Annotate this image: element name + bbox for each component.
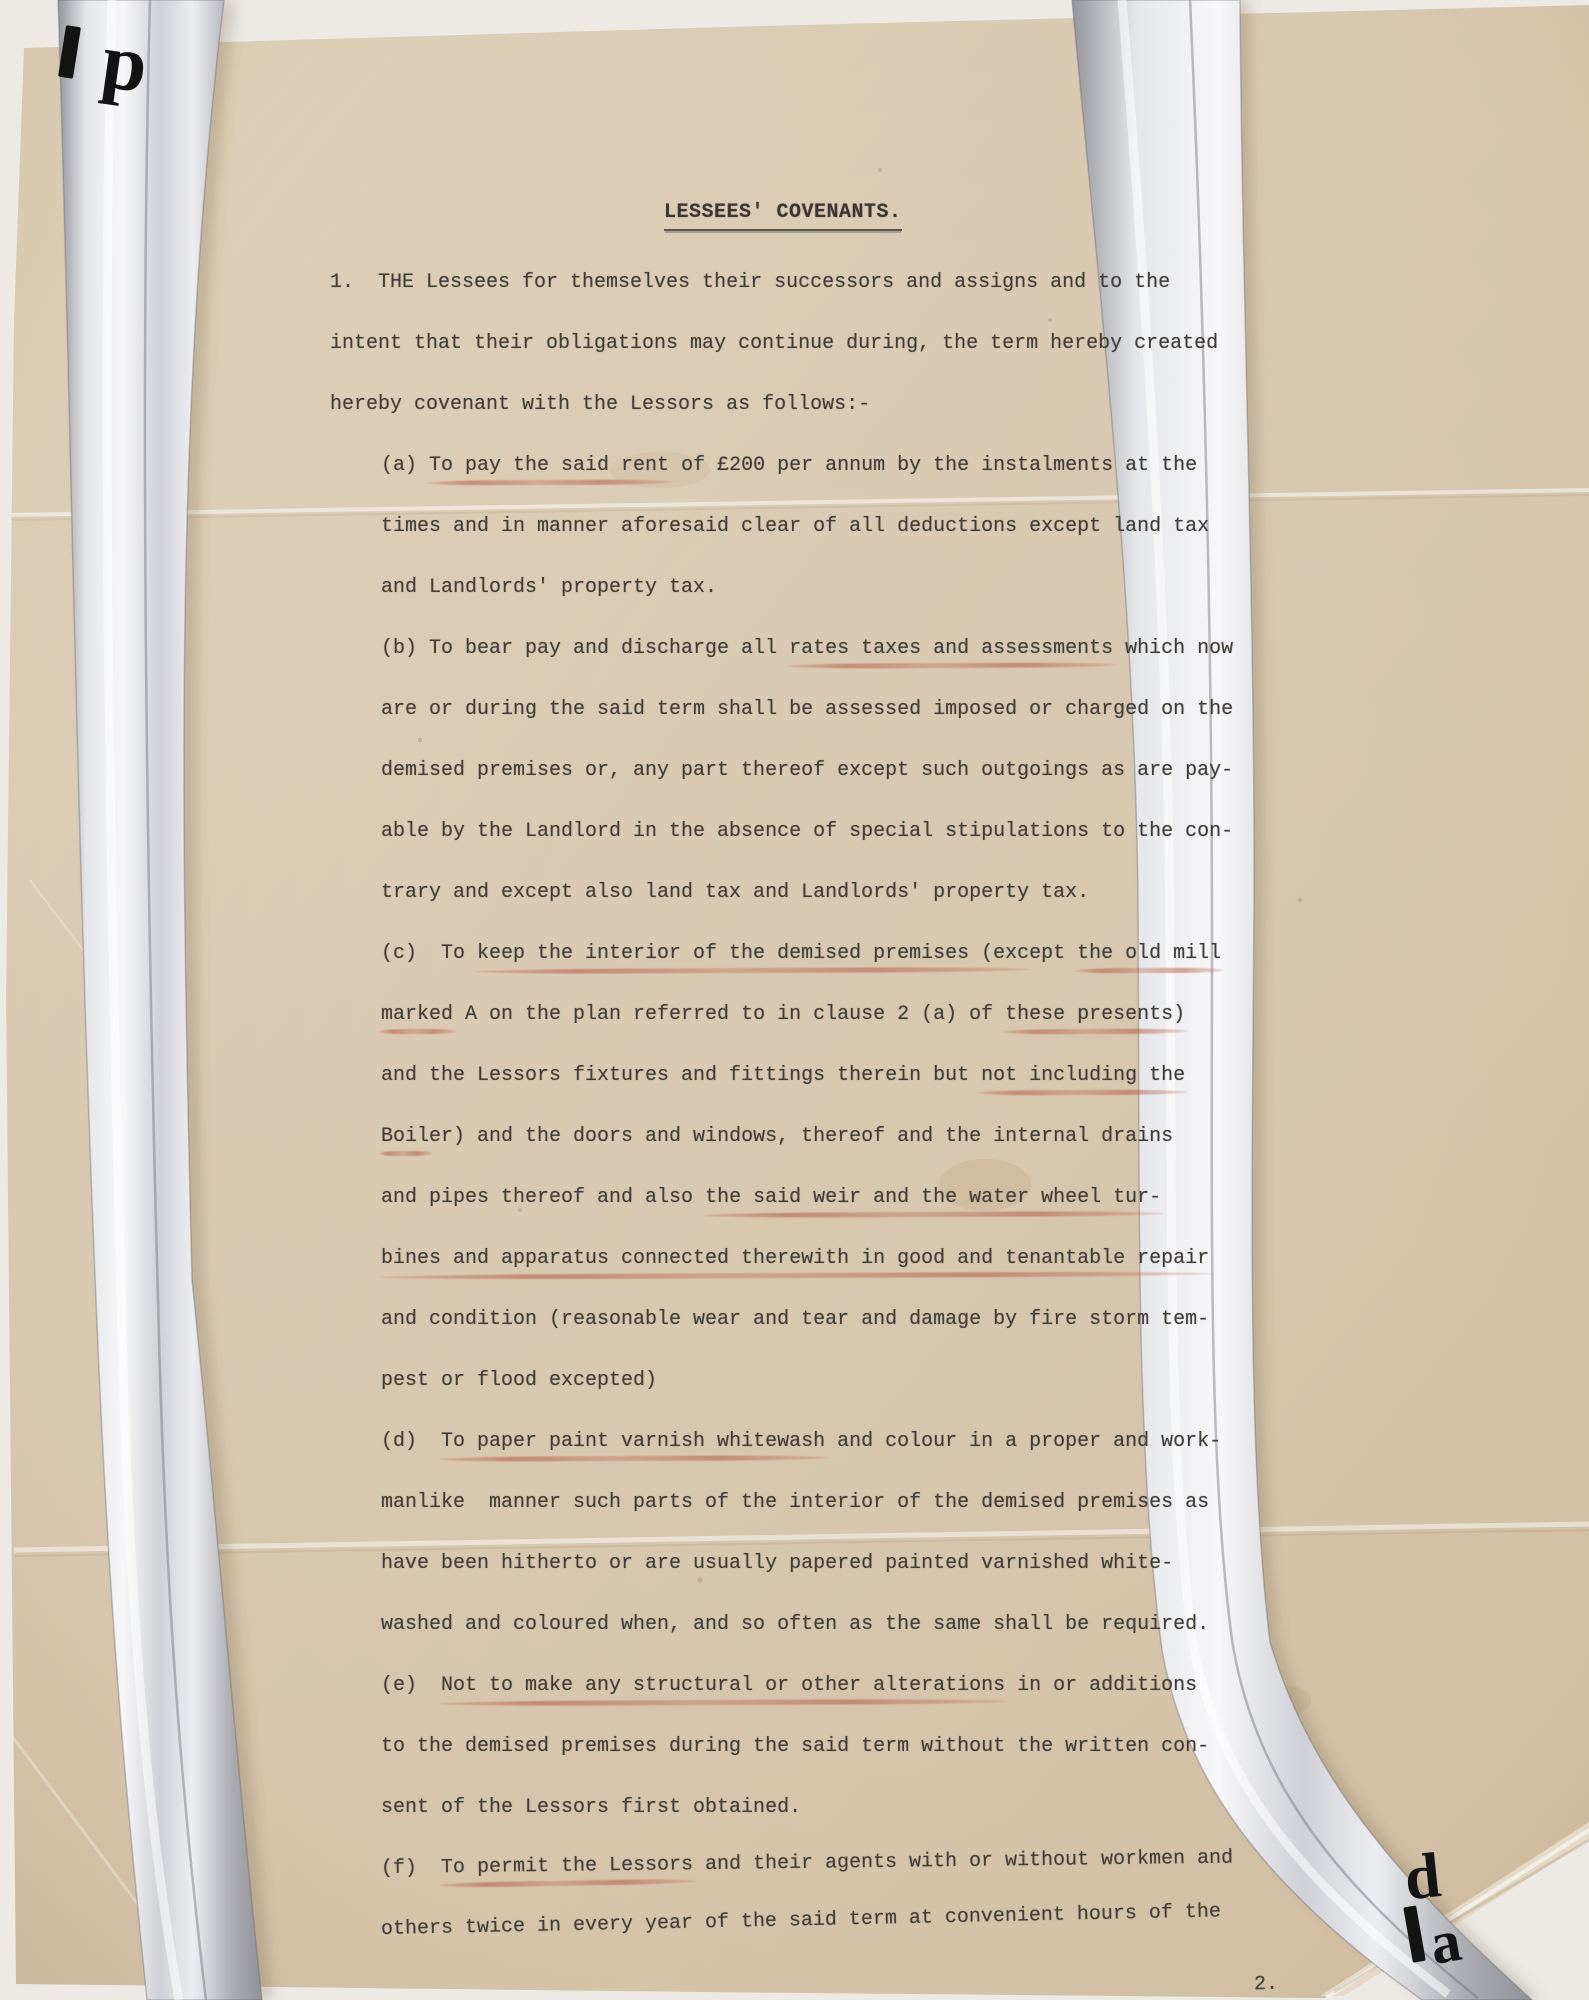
document-line: to the demised premises during the said … (381, 1734, 1209, 1760)
typed-text: A on the plan referred to in clause 2 (a… (453, 1003, 1005, 1026)
speck (1298, 898, 1302, 902)
typed-text: have been hitherto or are usually papere… (381, 1552, 1173, 1575)
document-line: manlike manner such parts of the interio… (381, 1490, 1209, 1516)
document-line: and Landlords' property tax. (381, 575, 717, 601)
typed-text: and colour in a proper and work- (825, 1430, 1221, 1453)
typed-text: (e) (381, 1674, 441, 1697)
speck (878, 168, 882, 172)
typed-text: (c) To (381, 942, 477, 965)
typed-text: er) and the doors and windows, thereof a… (429, 1125, 1173, 1148)
typed-text: able by the Landlord in the absence of s… (381, 820, 1233, 843)
typed-text: 1. THE Lessees for themselves their succ… (330, 271, 1170, 294)
document-line: have been hitherto or are usually papere… (381, 1551, 1173, 1577)
red-underlined-text: not including the (981, 1064, 1185, 1087)
typed-text: to the demised premises during the said … (381, 1735, 1209, 1758)
typed-text: times and in manner aforesaid clear of a… (381, 515, 1209, 538)
document-line: Boiler) and the doors and windows, there… (381, 1124, 1173, 1150)
typed-text: (b) To bear pay and discharge all (381, 637, 789, 660)
red-underlined-text: To pay the said rent (429, 454, 669, 477)
typed-text: and pipes thereof and also (381, 1186, 705, 1209)
document-line: hereby covenant with the Lessors as foll… (330, 392, 870, 418)
typed-text: trary and except also land tax and Landl… (381, 881, 1089, 904)
typed-text: manlike manner such parts of the interio… (381, 1491, 1209, 1514)
typed-text: pest or flood excepted) (381, 1369, 657, 1392)
typed-text: (f) (381, 1856, 441, 1880)
red-underlined-text: Not to make any structural or other alte… (441, 1674, 1005, 1697)
document-line: (a) To pay the said rent of £200 per ann… (381, 453, 1197, 479)
page-title: LESSEES' COVENANTS. (664, 200, 902, 231)
document-line: bines and apparatus connected therewith … (381, 1246, 1209, 1272)
scanned-lease-page: p d a LESSEES' COVENANTS. 1. THE Lessees… (0, 0, 1589, 2000)
red-underlined-text: Boil (381, 1125, 429, 1148)
document-line: 1. THE Lessees for themselves their succ… (330, 270, 1170, 296)
document-line: and condition (reasonable wear and tear … (381, 1307, 1209, 1333)
document-line: times and in manner aforesaid clear of a… (381, 514, 1209, 540)
document-line: able by the Landlord in the absence of s… (381, 819, 1233, 845)
document-line: pest or flood excepted) (381, 1368, 657, 1394)
typed-text: and their agents with or without workmen… (693, 1847, 1233, 1877)
typed-text: in or additions (1005, 1674, 1197, 1697)
speck (698, 1578, 703, 1583)
typed-text: and condition (reasonable wear and tear … (381, 1308, 1209, 1331)
document-line: (e) Not to make any structural or other … (381, 1673, 1197, 1699)
typed-text: hereby covenant with the Lessors as foll… (330, 393, 870, 416)
typed-text: of £200 per annum by the instalments at … (669, 454, 1197, 477)
document-line: intent that their obligations may contin… (330, 331, 1218, 357)
document-line: and pipes thereof and also the said weir… (381, 1185, 1161, 1211)
typed-text: washed and coloured when, and so often a… (381, 1613, 1209, 1636)
red-underlined-text: the old mill (1077, 942, 1221, 965)
typed-text: (a) (381, 454, 429, 477)
document-line: demised premises or, any part thereof ex… (381, 758, 1233, 784)
document-line: are or during the said term shall be ass… (381, 697, 1233, 723)
red-underlined-text: bines and apparatus connected therewith … (381, 1247, 1209, 1270)
red-underlined-text: To permit the Lessors (441, 1853, 693, 1879)
typed-text: ept (1029, 942, 1077, 965)
right-ribbon-letter-d: d (1401, 1839, 1444, 1913)
typed-text: and Landlords' property tax. (381, 576, 717, 599)
document-line: (b) To bear pay and discharge all rates … (381, 636, 1233, 662)
typed-text: and the Lessors fixtures and fittings th… (381, 1064, 981, 1087)
red-underlined-text: To paper paint varnish whitewash (441, 1430, 825, 1453)
document-line: sent of the Lessors first obtained. (381, 1795, 801, 1821)
red-underlined-text: keep the interior of the demised premise… (477, 942, 1029, 965)
red-underlined-text: rates taxes and assessments (789, 637, 1113, 660)
document-line: trary and except also land tax and Landl… (381, 880, 1089, 906)
typed-text: sent of the Lessors first obtained. (381, 1796, 801, 1819)
document-line: marked A on the plan referred to in clau… (381, 1002, 1185, 1028)
typed-text: are or during the said term shall be ass… (381, 698, 1233, 721)
typed-text: (d) (381, 1430, 441, 1453)
red-underlined-text: marked (381, 1003, 453, 1026)
red-underlined-text: the said weir and the water wheel tur- (705, 1186, 1161, 1209)
typed-text: demised premises or, any part thereof ex… (381, 759, 1233, 782)
page-number: 2. (1254, 1972, 1278, 1998)
document-line: (c) To keep the interior of the demised … (381, 941, 1221, 967)
red-underlined-text: these presents) (1005, 1003, 1185, 1026)
document-line: (d) To paper paint varnish whitewash and… (381, 1429, 1221, 1455)
speck (418, 738, 422, 742)
document-line: and the Lessors fixtures and fittings th… (381, 1063, 1185, 1089)
speck (1048, 318, 1052, 322)
typed-text: intent that their obligations may contin… (330, 332, 1218, 355)
typed-text: which now (1113, 637, 1233, 660)
document-line: washed and coloured when, and so often a… (381, 1612, 1209, 1638)
